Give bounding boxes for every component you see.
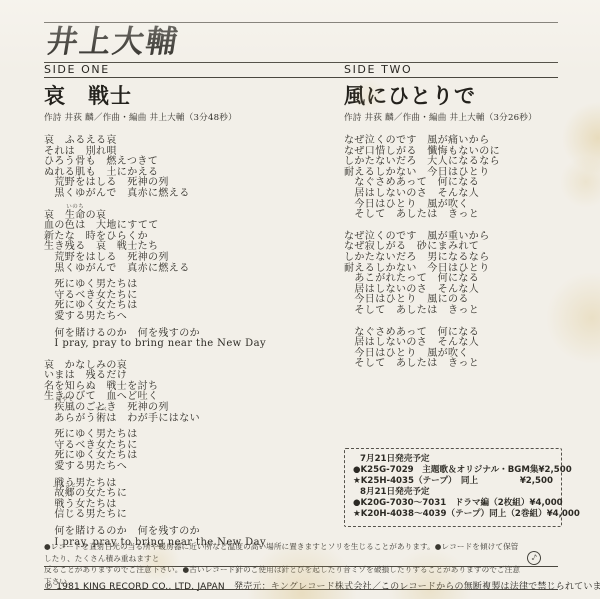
release-item-price: ¥4,000 [547, 509, 580, 520]
furigana-base: 生命いのち [65, 211, 86, 222]
lyric-text: は わが手にはない [106, 413, 200, 424]
lyric-line: 哀 ふるえる哀 [44, 136, 340, 147]
lyrics-stanza: 哀 生命いのちの哀血の色は 大地にすてて新たな 時をひらくか生き残る 哀 戦士た… [44, 211, 340, 275]
lyric-line: 荒野をはしる 死神の列 [44, 253, 340, 264]
lyrics-stanza: 戦う男たちは 故郷ふるさとの女たちに 戦う女たちは 信じる男たちに [44, 479, 340, 521]
lyric-line: 居はしないのさ そんな人 [344, 189, 560, 200]
side-one-header: SIDE ONE [44, 63, 110, 76]
release-item-text: ★K25H-4035（テープ） 同上 [353, 476, 478, 487]
lyric-line: 黒くゆがんで 真赤に燃える [44, 189, 340, 200]
release-row: ●K25G-7029 主題歌＆オリジナル・BGM集¥2,500 [353, 465, 553, 476]
lyric-line: 信じる男たちに [44, 510, 340, 521]
lyric-line: そして あしたは きっと [344, 210, 560, 221]
furigana: はやて [56, 398, 74, 404]
release-item-price: ¥2,500 [539, 465, 572, 476]
lyrics-stanza: 哀 かなしみの哀いまは 残るだけ名を知らぬ 戦士を討ち生きのびて 血へど吐く 疾… [44, 361, 340, 425]
lyric-text: の哀 [86, 210, 107, 221]
lyrics-stanza: 哀 ふるえる哀それは 別れ唄ひろう骨も 燃えつきてぬれる肌も 土にかえる 荒野を… [44, 136, 340, 200]
release-item-text: ★K20H-4038～4039（テープ）同上（2巻組） [353, 509, 547, 520]
lyric-text: 術 [96, 413, 106, 424]
lyric-line: 何を賭けるのか 何を残すのか [44, 527, 340, 538]
release-item-text: ●K20G-7030～7031 ドラマ編（2枚組） [353, 498, 530, 509]
record-care-icon: ♪ [525, 549, 543, 567]
lyric-text: 故郷 [54, 488, 75, 499]
lyric-text: 疾風 [54, 402, 75, 413]
release-item-text: ●K25G-7029 主題歌＆オリジナル・BGM集 [353, 465, 539, 476]
furigana: ふるさと [53, 484, 77, 490]
furigana-base: 疾風はやて [54, 403, 75, 414]
release-row: ●K20G-7030～7031 ドラマ編（2枚組）¥4,000 [353, 498, 553, 509]
lyric-text: 哀 [44, 210, 65, 221]
lyrics-stanza: なぐさめあって 何になる 居はしないのさ そんな人 今日はひとり 風が吹く そし… [344, 328, 560, 370]
copyright-colophon: ℗ 1981 KING RECORD CO., LTD. JAPAN 発売元：キ… [44, 579, 558, 592]
upcoming-release-box: 7月21日発売予定●K25G-7029 主題歌＆オリジナル・BGM集¥2,500… [344, 448, 562, 527]
lyric-text [44, 488, 54, 499]
side-one-column: 哀 戦士 作詩 井荻 麟／作曲・編曲 井上大輔（3分48秒） 哀 ふるえる哀それ… [44, 84, 340, 554]
lyric-line: ●レコードを直射日光の当る所や暖房器に近い所など温度の高い場所に置きますとソリを… [44, 541, 524, 564]
side-two-song-title: 風にひとりで [344, 84, 560, 108]
release-item-price: ¥4,000 [530, 498, 563, 509]
lyrics-stanza: なぜ泣くのです 風が重いからなぜ寂しがる 砂にまみれてしかたないだろ 男になるな… [344, 232, 560, 317]
lyrics-stanza: 死にゆく男たちは 守るべき女たちに 死にゆく女たちは 愛する男たちへ [44, 280, 340, 322]
lyric-line: なぜ泣くのです 風が痛いから [344, 136, 560, 147]
side-one-song-title: 哀 戦士 [44, 84, 340, 108]
side-two-column: 風にひとりで 作詩 井荻 麟／作曲・編曲 井上大輔（3分26秒） なぜ泣くのです… [344, 84, 560, 376]
release-row: 7月21日発売予定 [353, 454, 553, 465]
release-item-text: 7月21日発売予定 [360, 454, 430, 465]
lyric-text: 生命 [65, 210, 86, 221]
footer-divider-bottom [44, 589, 558, 590]
lyrics-stanza: 死にゆく男たちは 守るべき女たちに 死にゆく女たちは 愛する男たちへ [44, 430, 340, 472]
artist-divider [44, 62, 558, 63]
lyric-text: のごとき 死神の列 [75, 402, 169, 413]
side-header-divider [44, 77, 558, 78]
side-two-header: SIDE TWO [344, 63, 412, 76]
lyric-text: あらがう [44, 413, 96, 424]
release-item-price: ¥2,500 [520, 476, 553, 487]
lyric-line: しかたないだろ 男になるなら [344, 253, 560, 264]
lyric-text [44, 402, 54, 413]
lyric-line: I pray, pray to bring near the New Day [44, 339, 340, 350]
side-one-song-credits: 作詩 井荻 麟／作曲・編曲 井上大輔（3分48秒） [44, 111, 340, 123]
release-row: 8月21日発売予定 [353, 487, 553, 498]
lyrics-stanza: 何を賭けるのか 何を残すのか I pray, pray to bring nea… [44, 329, 340, 350]
lyric-text: の女たちに [75, 488, 127, 499]
footer-divider-top [44, 566, 558, 567]
release-row: ★K25H-4035（テープ） 同上¥2,500 [353, 476, 553, 487]
furigana: いのち [66, 205, 84, 211]
lyric-line: そして あしたは きっと [344, 359, 560, 370]
release-item-text: 8月21日発売予定 [360, 487, 430, 498]
release-row: ★K20H-4038～4039（テープ）同上（2巻組）¥4,000 [353, 509, 553, 520]
lyric-line: 愛する男たちへ [44, 462, 340, 473]
artist-name: 井上大輔 [44, 24, 182, 60]
furigana-base: 故郷ふるさと [54, 489, 75, 500]
furigana: すべ [95, 408, 107, 414]
side-two-song-credits: 作詩 井荻 麟／作曲・編曲 井上大輔（3分26秒） [344, 111, 560, 123]
lyric-line: 黒くゆがんで 真赤に燃える [44, 264, 340, 275]
lyrics-stanza: なぜ泣くのです 風が痛いからなぜ口惜しがる 懺悔もないのにしかたないだろ 大人に… [344, 136, 560, 221]
lyric-line: 愛する男たちへ [44, 312, 340, 323]
lyric-line: あらがう術すべは わが手にはない [44, 414, 340, 425]
top-divider [44, 22, 558, 23]
lyric-line: そして あしたは きっと [344, 306, 560, 317]
furigana-base: 術すべ [96, 414, 106, 425]
